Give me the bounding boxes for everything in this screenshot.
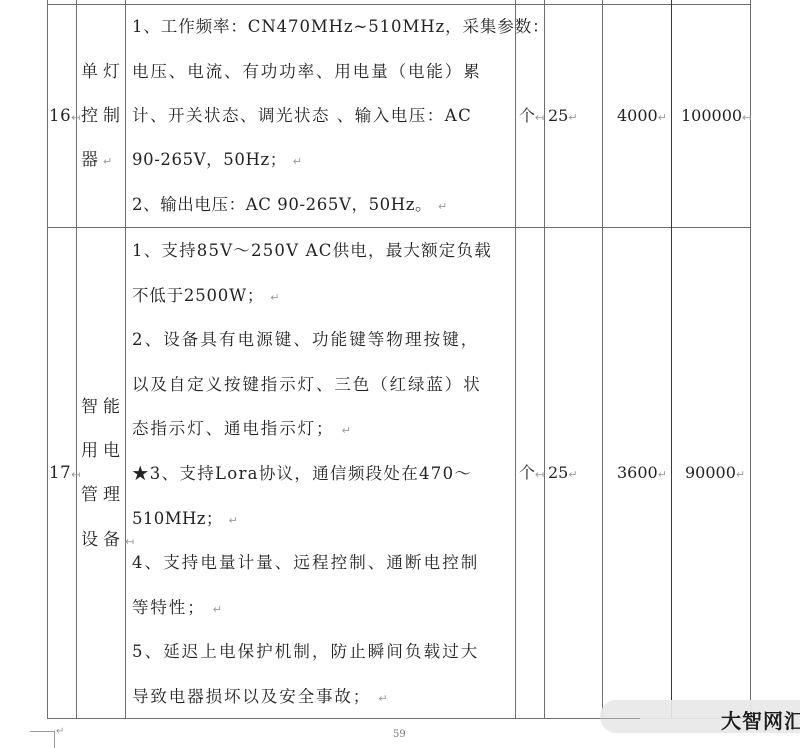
col-border-price	[671, 0, 672, 719]
description-line: 态指示灯、通电指示灯； ↵	[132, 419, 351, 441]
description-line: 1、工作频率：CN470MHz~510MHz，采集参数：	[132, 17, 550, 37]
margin-corner-mark	[30, 731, 54, 732]
unit-cell: 个↤	[519, 106, 544, 128]
unit-price-cell: 4000↵	[617, 106, 667, 128]
col-border-left	[47, 0, 48, 719]
item-name-line: 管理	[81, 485, 125, 505]
description-line: 1、支持85V～250V AC供电，最大额定负载	[132, 241, 492, 261]
description-line: 4、支持电量计量、远程控制、通断电控制	[132, 553, 479, 573]
description-line: ★3、支持Lora协议，通信频段处在470～	[132, 464, 472, 484]
unit-cell: 个↤	[519, 463, 544, 485]
paragraph-mark: ↵	[56, 726, 64, 737]
item-name-line: 用电	[81, 441, 125, 461]
row-index: 17↤	[49, 463, 80, 485]
item-name-line: 控制	[81, 106, 125, 126]
table-top-border	[47, 4, 751, 5]
item-name-line: 器↵	[81, 150, 112, 172]
col-border-desc	[515, 0, 516, 719]
description-line: 2、输出电压：AC 90-265V，50Hz。 ↵	[132, 195, 447, 217]
row-index: 16↤	[49, 106, 80, 128]
total-cell: 100000↤	[681, 106, 751, 128]
margin-corner-mark	[54, 731, 55, 748]
description-line: 导致电器损坏以及安全事故； ↵	[132, 687, 388, 709]
watermark-badge: 大智网汇	[600, 700, 800, 733]
quantity-cell: 25↵	[548, 106, 578, 128]
description-line: 510MHz； ↵	[132, 509, 238, 531]
description-line: 90-265V，50Hz； ↵	[132, 150, 302, 172]
total-cell: 90000↵	[685, 463, 745, 485]
page-number: 59	[393, 729, 406, 740]
description-line: 5、延迟上电保护机制，防止瞬间负载过大	[132, 642, 479, 662]
item-name-line: 智能	[81, 397, 125, 417]
watermark-text: 大智网汇	[721, 705, 800, 734]
description-line: 等特性； ↵	[132, 598, 222, 620]
item-name-line: 设备↤	[81, 530, 134, 552]
description-line: 不低于2500W； ↵	[132, 286, 279, 308]
document-page: 16↤ 单灯 控制 器↵ 1、工作频率：CN470MHz~510MHz，采集参数…	[0, 0, 800, 748]
description-line: 计、开关状态、调光状态 、输入电压：AC	[132, 106, 472, 126]
margin-corner-mark	[600, 718, 640, 719]
description-line: 2、设备具有电源键、功能键等物理按键，	[132, 330, 479, 350]
col-border-name	[125, 0, 126, 719]
row-separator	[47, 227, 751, 228]
col-border-qty	[602, 0, 603, 719]
description-line: 以及自定义按键指示灯、三色（红绿蓝）状	[132, 375, 482, 395]
description-line: 电压、电流、有功功率、用电量（电能）累	[132, 62, 482, 82]
unit-price-cell: 3600↵	[617, 463, 667, 485]
quantity-cell: 25↵	[548, 463, 578, 485]
item-name-line: 单灯	[81, 62, 125, 82]
